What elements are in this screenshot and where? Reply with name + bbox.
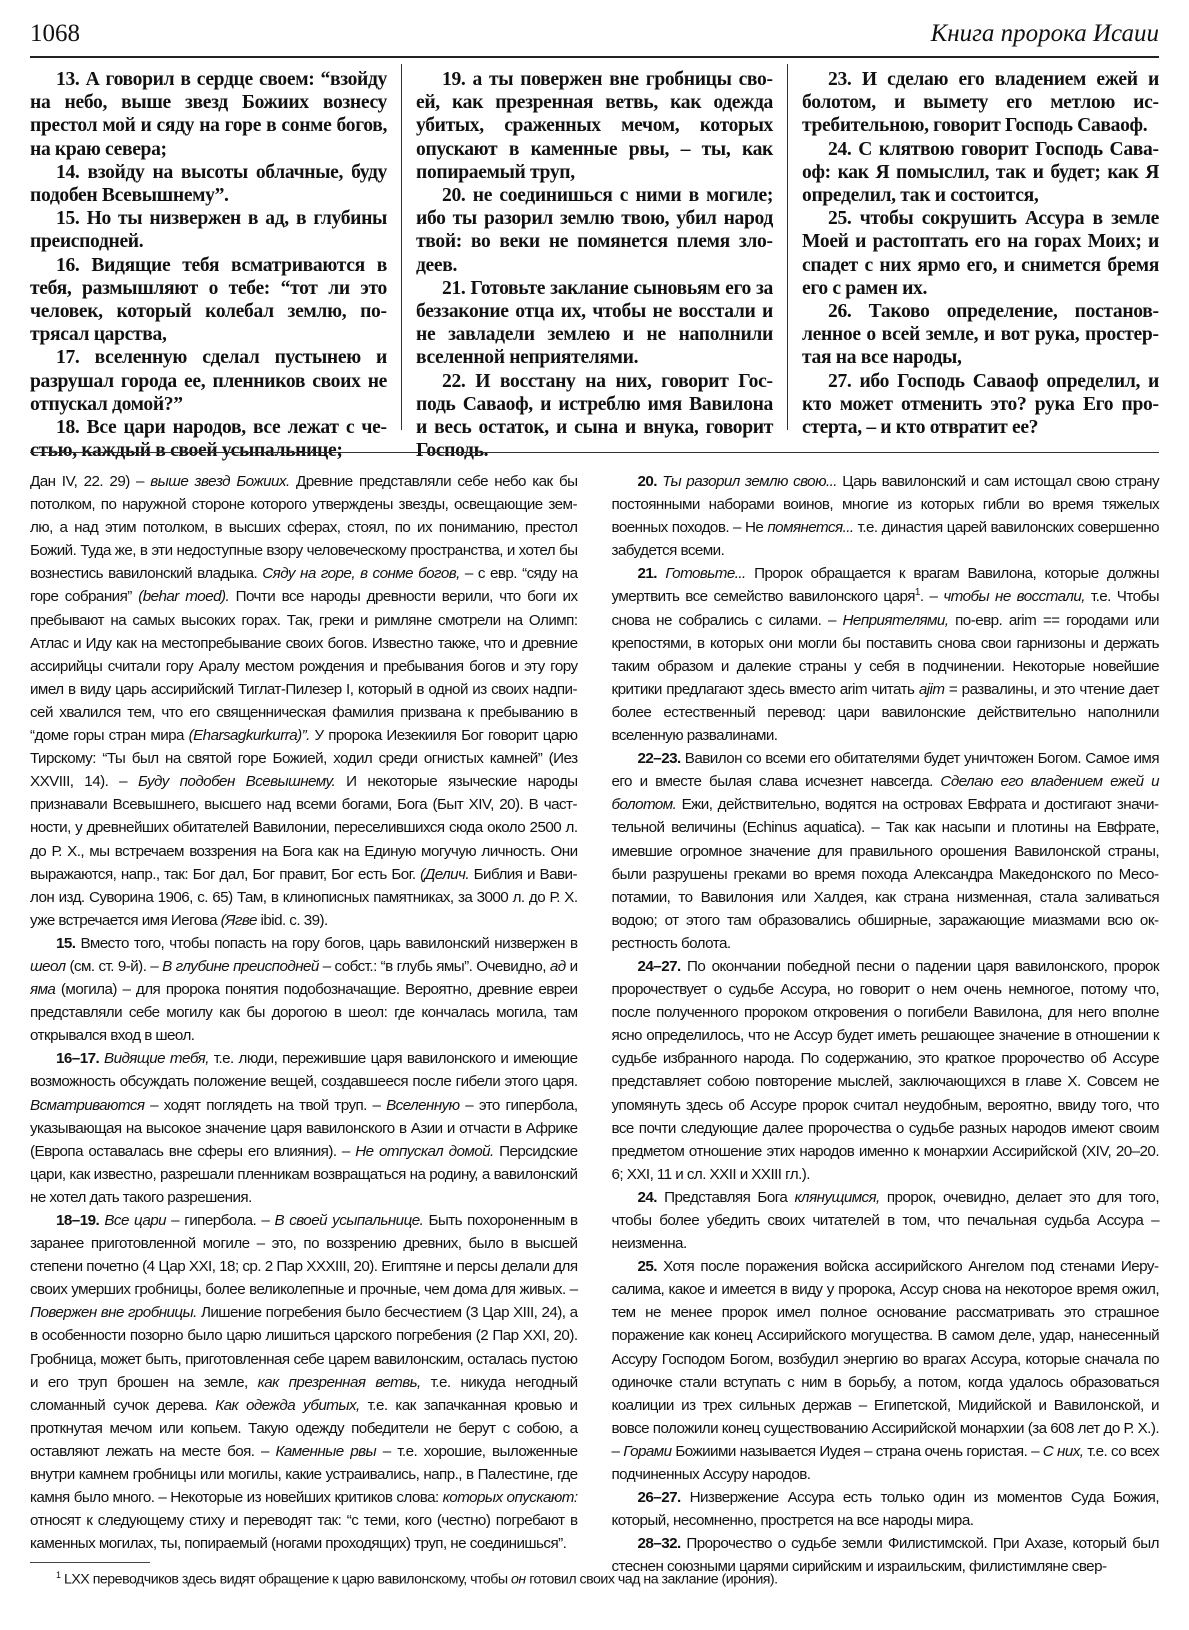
- commentary-paragraph: 22–23. Вавилон со всеми его обитателями …: [612, 747, 1160, 955]
- verse: 27. ибо Господь Саваоф определил, и кто …: [802, 370, 1159, 440]
- verse-column-1: 13. А говорил в сердце своем: “взойду на…: [30, 64, 401, 430]
- verse: 23. И сделаю его владением ежей и болото…: [802, 68, 1159, 138]
- commentary-column-left: Дан IV, 22. 29) – выше звезд Божиих. Дре…: [30, 470, 578, 1535]
- scripture-verses: 13. А говорил в сердце своем: “взойду на…: [30, 64, 1159, 430]
- verse: 25. чтобы сокрушить Ассура в земле Моей …: [802, 207, 1159, 300]
- commentary-paragraph: 16–17. Видящие тебя, т.е. люди, переживш…: [30, 1047, 578, 1209]
- commentary-paragraph: 26–27. Низвержение Ассура есть только од…: [612, 1486, 1160, 1532]
- commentary-column-right: 20. Ты разорил землю свою... Царь вавило…: [612, 470, 1160, 1535]
- commentary-paragraph: Дан IV, 22. 29) – выше звезд Божиих. Дре…: [30, 470, 578, 932]
- verse: 24. С клятвою говорит Господь Сава­оф: к…: [802, 138, 1159, 208]
- verse: 17. вселенную сделал пустынею и разрушал…: [30, 346, 387, 416]
- commentary-paragraph: 24–27. По окончании победной песни о пад…: [612, 955, 1160, 1186]
- commentary-paragraph: 24. Представляя Бога клянущимся, пророк,…: [612, 1186, 1160, 1255]
- verse: 19. а ты повержен вне гробницы сво­ей, к…: [416, 68, 773, 184]
- footnote: 1 LXX переводчиков здесь видят обращение…: [56, 1570, 1159, 1588]
- verse-column-3: 23. И сделаю его владением ежей и болото…: [787, 64, 1159, 430]
- footnote-divider: [30, 1562, 150, 1563]
- footnote-text: LXX переводчиков здесь видят обращение к…: [61, 1572, 778, 1588]
- commentary-paragraph: 15. Вместо того, чтобы попасть на гору б…: [30, 932, 578, 1047]
- commentary-paragraph: 21. Готовьте... Пророк обращается к враг…: [612, 562, 1160, 747]
- page-header: 1068 Книга пророка Исаии: [30, 14, 1159, 58]
- commentary-paragraph: 25. Хотя после поражения войска ассирийс…: [612, 1255, 1160, 1486]
- commentary-paragraph: 18–19. Все цари – гипербола. – В своей у…: [30, 1209, 578, 1555]
- verse: 22. И восстану на них, говорит Гос­подь …: [416, 370, 773, 463]
- verse: 13. А говорил в сердце своем: “взойду на…: [30, 68, 387, 161]
- verse-column-2: 19. а ты повержен вне гробницы сво­ей, к…: [401, 64, 787, 430]
- verse: 14. взойду на высоты облачные, буду подо…: [30, 161, 387, 207]
- verse: 16. Видящие тебя всматриваются в тебя, р…: [30, 254, 387, 347]
- commentary: Дан IV, 22. 29) – выше звезд Божиих. Дре…: [30, 470, 1159, 1535]
- verse: 26. Таково определение, постанов­ленное …: [802, 300, 1159, 370]
- section-divider: [30, 452, 1159, 453]
- verse: 18. Все цари народов, все лежат с че­сть…: [30, 416, 387, 462]
- page-number: 1068: [30, 20, 80, 48]
- verse: 20. не соединишься с ними в могиле; ибо …: [416, 184, 773, 277]
- verse: 21. Готовьте заклание сыновьям его за бе…: [416, 277, 773, 370]
- verse: 15. Но ты низвержен в ад, в глубины преи…: [30, 207, 387, 253]
- running-title: Книга пророка Исаии: [931, 20, 1159, 48]
- commentary-paragraph: 20. Ты разорил землю свою... Царь вавило…: [612, 470, 1160, 562]
